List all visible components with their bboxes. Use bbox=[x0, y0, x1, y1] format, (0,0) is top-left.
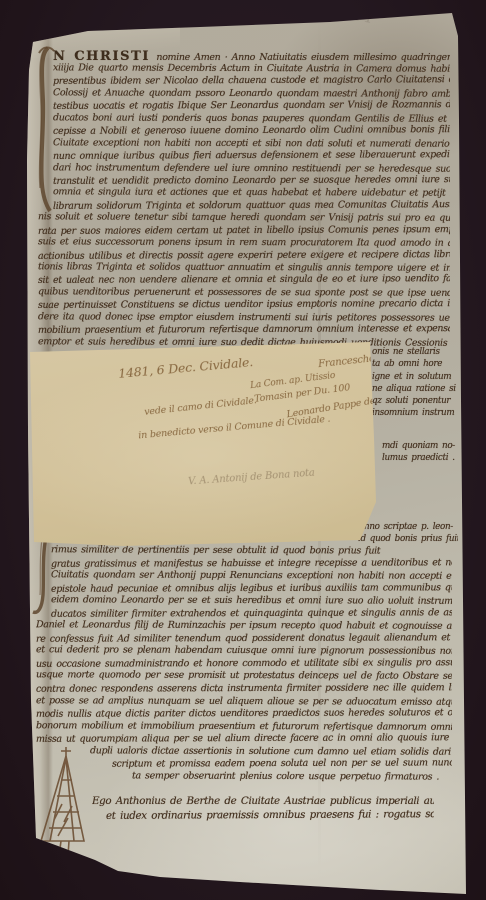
right-fragment-column-lower: Anno scriptae p. leon-id quod bonis priu… bbox=[358, 521, 458, 546]
manuscript-line: mobilium praesentium et futurorum refert… bbox=[38, 323, 450, 337]
fragment-line: mdi quoniam no- bbox=[382, 440, 458, 452]
slip-note-line: in benedicto verso il Comune di Cividale… bbox=[138, 414, 331, 442]
manuscript-line: cepisse a Nobili et generoso iuuene domi… bbox=[53, 124, 450, 138]
manuscript-line: rimus similiter de pertinentiis per sese… bbox=[51, 544, 452, 558]
right-fragment-column-middle: mdi quoniam no-lumus praedicti . bbox=[382, 440, 458, 465]
fragment-line: lumus praedicti . bbox=[382, 452, 458, 464]
archivist-slip: 1481, 6 Dec. Cividale. La Com. ap. Utiss… bbox=[30, 342, 414, 548]
fragment-line: igne et in solutum bbox=[372, 371, 456, 383]
opening-capitals: N CHRISTI bbox=[53, 49, 150, 63]
opening-rest: nomine Amen · Anno Natiuitatis eiusdem m… bbox=[156, 52, 450, 63]
notary-signum-icon bbox=[24, 744, 114, 876]
manuscript-line: ta semper obseruarint plenius colore usq… bbox=[132, 770, 452, 784]
fragment-line: ne aliqua ratione sit bbox=[372, 383, 456, 395]
slip-faint-signature: V. A. Antonij de Bona nota bbox=[188, 468, 315, 488]
manuscript-line: suis et eius successorum ponens ipsum in… bbox=[38, 236, 450, 250]
fragment-line: qz soluti ponentur bbox=[372, 395, 456, 407]
manuscript-photo: 1481 N CHRISTI nomine Amen · Anno Natiui… bbox=[0, 0, 486, 900]
manuscript-line: Ciuitatis quondam ser Anthonij puppi Ren… bbox=[51, 569, 452, 583]
fragment-line: onis ne stellaris bbox=[372, 346, 456, 358]
manuscript-line: modis nullis atque dictis pariter dictos… bbox=[36, 707, 452, 721]
upper-text-block: N CHRISTI nomine Amen · Anno Natiuitatis… bbox=[38, 46, 450, 349]
manuscript-line: testibus uocatis et rogatis Ibique Ser L… bbox=[53, 99, 450, 113]
notary-closing-line: et iudex ordinarius praemissis omnibus p… bbox=[106, 807, 434, 823]
manuscript-line: eidem domino Leonardo per se et suis her… bbox=[51, 594, 452, 608]
fragment-line: id quod bonis prius fuit bbox=[358, 533, 458, 545]
fragment-line: ta ab omni hore bbox=[372, 358, 456, 370]
notary-closing-line: Ego Anthonius de Berthe de Ciuitate Aust… bbox=[92, 794, 434, 808]
fragment-line: insomnium instrum bbox=[372, 407, 456, 419]
slip-note-line: vede il camo di Cividale. bbox=[144, 395, 257, 418]
manuscript-line: scriptum et promissa eadem poena soluta … bbox=[112, 758, 452, 772]
fragment-line: Anno scriptae p. leon- bbox=[358, 521, 458, 533]
right-fragment-column-upper: onis ne stellarista ab omni horeigne et … bbox=[372, 346, 456, 420]
parchment-sheet: 1481 N CHRISTI nomine Amen · Anno Natiui… bbox=[0, 0, 486, 900]
manuscript-line: nunc omnique iuribus quibus fieri aduers… bbox=[53, 149, 450, 163]
slip-date-note: 1481, 6 Dec. Cividale. bbox=[118, 354, 254, 381]
notary-closing-block: Ego Anthonius de Berthe de Ciuitate Aust… bbox=[92, 794, 434, 822]
manuscript-line: contra donec respondens asserens dicta i… bbox=[36, 682, 452, 696]
pencil-year-annotation: 1481 bbox=[329, 2, 377, 27]
manuscript-line: nis soluit et soluere tenetur sibi tamqu… bbox=[38, 212, 450, 226]
opening-line: N CHRISTI nomine Amen · Anno Natiuitatis… bbox=[53, 46, 450, 63]
